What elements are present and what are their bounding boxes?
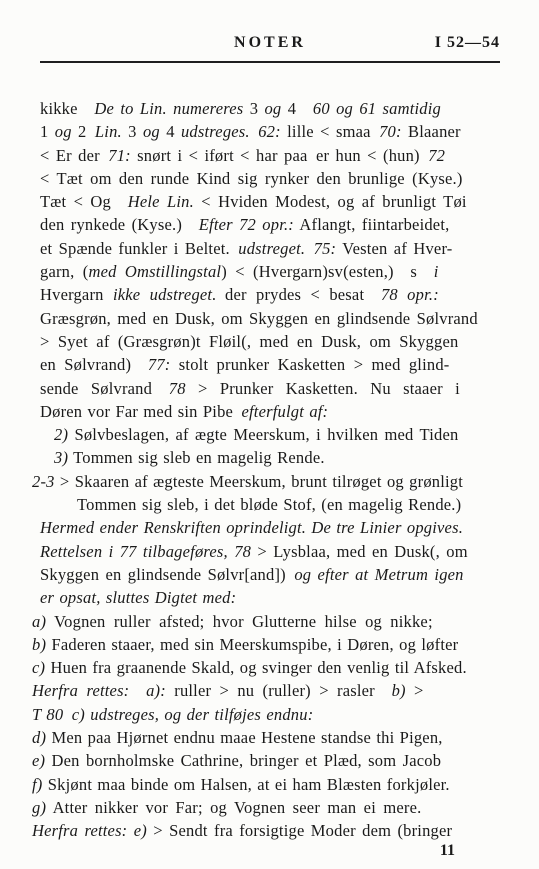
text-segment: Faderen staaer, med sin Meerskumspibe, i… — [46, 635, 458, 654]
text-line: en Sølvrand) 77: stolt prunker Kasketten… — [40, 353, 500, 376]
text-segment: 4 — [160, 122, 181, 141]
text-line: Hermed ender Renskriften oprindeligt. De… — [40, 516, 500, 539]
text-segment: udstreget. — [238, 239, 313, 258]
text-segment: 3) — [54, 448, 68, 467]
text-segment: f) — [32, 775, 42, 794]
text-line: Hvergarn ikke udstreget. der prydes < be… — [40, 283, 500, 306]
text-segment: Efter 72 opr.: — [199, 215, 294, 234]
text-line: sende Sølvrand 78 > Prunker Kasketten. N… — [40, 377, 500, 400]
text-segment: Lin. — [95, 122, 122, 141]
text-segment: 2-3 — [32, 472, 55, 491]
text-line: Herfra rettes: e) > Sendt fra forsigtige… — [32, 819, 500, 842]
text-segment: g) — [32, 798, 46, 817]
text-segment: Hvergarn — [40, 285, 113, 304]
text-segment: 1 — [40, 122, 55, 141]
text-line: Tommen sig sleb, i det bløde Stof, (en m… — [77, 493, 500, 516]
text-segment: 78 opr.: — [381, 285, 439, 304]
text-line: Skyggen en glindsende Sølvr[and]) og eft… — [40, 563, 500, 586]
text-line: 3) Tommen sig sleb en magelig Rende. — [54, 446, 500, 469]
section-reference: I 52—54 — [435, 34, 500, 52]
text-segment: 62: — [258, 122, 281, 141]
text-line: et Spænde funkler i Beltet. udstreget. 7… — [40, 237, 500, 260]
text-segment: 77: — [148, 355, 171, 374]
text-line: Herfra rettes: a): ruller > nu (ruller) … — [32, 679, 500, 702]
text-segment: < Hviden Modest, og af brunligt Tøi — [194, 192, 467, 211]
text-segment: Blaaner — [402, 122, 461, 141]
text-segment: b) — [32, 635, 46, 654]
text-segment: 71: — [108, 146, 131, 165]
text-line: e) Den bornholmske Cathrine, bringer et … — [32, 749, 500, 772]
text-line: den rynkede (Kyse.) Efter 72 opr.: Aflan… — [40, 213, 500, 236]
text-segment: en Sølvrand) — [40, 355, 148, 374]
text-segment: lille < smaa — [281, 122, 379, 141]
text-segment: 3 — [243, 99, 264, 118]
text-segment: Sølvbeslagen, af ægte Meerskum, i hvilke… — [68, 425, 458, 444]
text-line: d) Men paa Hjørnet endnu maae Hestene st… — [32, 726, 500, 749]
text-segment: < Tæt om den runde Kind sig rynker den b… — [40, 169, 463, 188]
text-segment: i — [434, 262, 439, 281]
text-segment: 72 — [428, 146, 445, 165]
text-line: 1 og 2 Lin. 3 og 4 udstreges. 62: lille … — [40, 120, 500, 143]
text-segment: et Spænde funkler i Beltet. — [40, 239, 238, 258]
text-segment: garn, ( — [40, 262, 88, 281]
text-line: kikke De to Lin. numereres 3 og 4 60 og … — [40, 97, 500, 120]
text-segment: Aflangt, fiintarbeidet, — [294, 215, 449, 234]
text-segment: ikke udstreget. — [113, 285, 225, 304]
text-segment: og — [143, 122, 160, 141]
body-text: kikke De to Lin. numereres 3 og 4 60 og … — [40, 97, 500, 843]
text-segment: 75: — [314, 239, 337, 258]
text-segment: ruller > nu (ruller) > rasler — [166, 681, 392, 700]
text-segment: er opsat, sluttes Digtet med: — [40, 588, 236, 607]
text-segment: med Omstillingstal — [88, 262, 221, 281]
text-line: Græsgrøn, med en Dusk, om Skyggen en gli… — [40, 307, 500, 330]
book-page: NOTER I 52—54 kikke De to Lin. numereres… — [0, 0, 539, 869]
text-segment: ) < (Hvergarn)sv(esten,) s — [221, 262, 434, 281]
text-line: Døren vor Far med sin Pibe efterfulgt af… — [40, 400, 500, 423]
text-line: Rettelsen i 77 tilbageføres, 78 > Lysbla… — [40, 540, 500, 563]
text-line: 2) Sølvbeslagen, af ægte Meerskum, i hvi… — [54, 423, 500, 446]
text-line: < Tæt om den runde Kind sig rynker den b… — [40, 167, 500, 190]
text-segment: Skyggen en glindsende Sølvr[and]) — [40, 565, 294, 584]
text-segment: udstreges. — [181, 122, 258, 141]
text-segment: 4 — [281, 99, 312, 118]
text-segment: < Er der — [40, 146, 108, 165]
text-segment: Hermed ender Renskriften oprindeligt. De… — [40, 518, 463, 537]
text-segment: Vesten af Hver- — [336, 239, 452, 258]
page-number: 11 — [440, 842, 455, 860]
text-segment: d) — [32, 728, 46, 747]
text-segment: De to Lin. numereres — [94, 99, 243, 118]
text-line: b) Faderen staaer, med sin Meerskumspibe… — [32, 633, 500, 656]
text-line: 2-3 > Skaaren af ægteste Meerskum, brunt… — [32, 470, 500, 493]
text-segment: den rynkede (Kyse.) — [40, 215, 199, 234]
text-segment: > Lysblaa, med en Dusk(, om — [251, 542, 468, 561]
text-line: < Er der 71: snørt i < iført < har paa e… — [40, 144, 500, 167]
text-segment: e) — [32, 751, 45, 770]
text-segment: a) — [32, 612, 46, 631]
text-segment: 60 og 61 samtidig — [313, 99, 441, 118]
text-segment: > Prunker Kasketten. Nu staaer i — [186, 379, 460, 398]
text-segment: > Skaaren af ægteste Meerskum, brunt til… — [55, 472, 463, 491]
text-line: Tæt < Og Hele Lin. < Hviden Modest, og a… — [40, 190, 500, 213]
text-segment: og — [55, 122, 72, 141]
text-segment: Tæt < Og — [40, 192, 128, 211]
text-segment: Herfra rettes: a): — [32, 681, 166, 700]
text-line: T 80 c) udstreges, og der tilføjes endnu… — [32, 703, 500, 726]
text-segment: c) — [32, 658, 45, 677]
text-segment: kikke — [40, 99, 94, 118]
text-segment: efterfulgt af: — [242, 402, 329, 421]
text-line: c) Huen fra graanende Skald, og svinger … — [32, 656, 500, 679]
text-segment: > Syet af (Græsgrøn)t Fløil(, med en Dus… — [40, 332, 458, 351]
text-segment: stolt prunker Kasketten > med glind- — [170, 355, 449, 374]
text-segment: 3 — [122, 122, 143, 141]
text-segment: T 80 c) udstreges, og der tilføjes endnu… — [32, 705, 313, 724]
text-segment: Rettelsen i 77 tilbageføres, 78 — [40, 542, 251, 561]
text-segment: snørt i < iført < har paa er hun < (hun) — [131, 146, 428, 165]
text-segment: b) — [392, 681, 406, 700]
text-segment: og — [264, 99, 281, 118]
text-segment: Græsgrøn, med en Dusk, om Skyggen en gli… — [40, 309, 478, 328]
text-segment: 78 — [169, 379, 186, 398]
text-segment: Skjønt maa binde om Halsen, at ei ham Bl… — [42, 775, 449, 794]
text-segment: Herfra rettes: e) — [32, 821, 147, 840]
text-line: f) Skjønt maa binde om Halsen, at ei ham… — [32, 773, 500, 796]
text-segment: Vognen ruller afsted; hvor Glutterne hil… — [46, 612, 433, 631]
text-segment: Tommen sig sleb en magelig Rende. — [68, 448, 325, 467]
text-segment: der prydes < besat — [225, 285, 381, 304]
text-line: er opsat, sluttes Digtet med: — [40, 586, 500, 609]
text-segment: Døren vor Far med sin Pibe — [40, 402, 242, 421]
text-line: g) Atter nikker vor Far; og Vognen seer … — [32, 796, 500, 819]
header-rule — [40, 61, 500, 63]
text-segment: Tommen sig sleb, i det bløde Stof, (en m… — [77, 495, 461, 514]
text-line: > Syet af (Græsgrøn)t Fløil(, med en Dus… — [40, 330, 500, 353]
text-segment: > Sendt fra forsigtige Moder dem (bringe… — [147, 821, 452, 840]
text-line: a) Vognen ruller afsted; hvor Glutterne … — [32, 610, 500, 633]
text-segment: > — [406, 681, 424, 700]
text-segment: Men paa Hjørnet endnu maae Hestene stand… — [46, 728, 442, 747]
text-segment: Den bornholmske Cathrine, bringer et Plæ… — [45, 751, 441, 770]
text-segment: 2) — [54, 425, 68, 444]
page-title: NOTER — [40, 34, 500, 52]
text-segment: Hele Lin. — [128, 192, 194, 211]
text-segment: sende Sølvrand — [40, 379, 169, 398]
text-segment: 70: — [379, 122, 402, 141]
text-segment: 2 — [72, 122, 95, 141]
text-segment: Atter nikker vor Far; og Vognen seer man… — [46, 798, 421, 817]
text-segment: Huen fra graanende Skald, og svinger den… — [45, 658, 467, 677]
text-segment: og efter at Metrum igen — [294, 565, 463, 584]
running-head: NOTER I 52—54 — [40, 34, 500, 54]
text-line: garn, (med Omstillingstal) < (Hvergarn)s… — [40, 260, 500, 283]
